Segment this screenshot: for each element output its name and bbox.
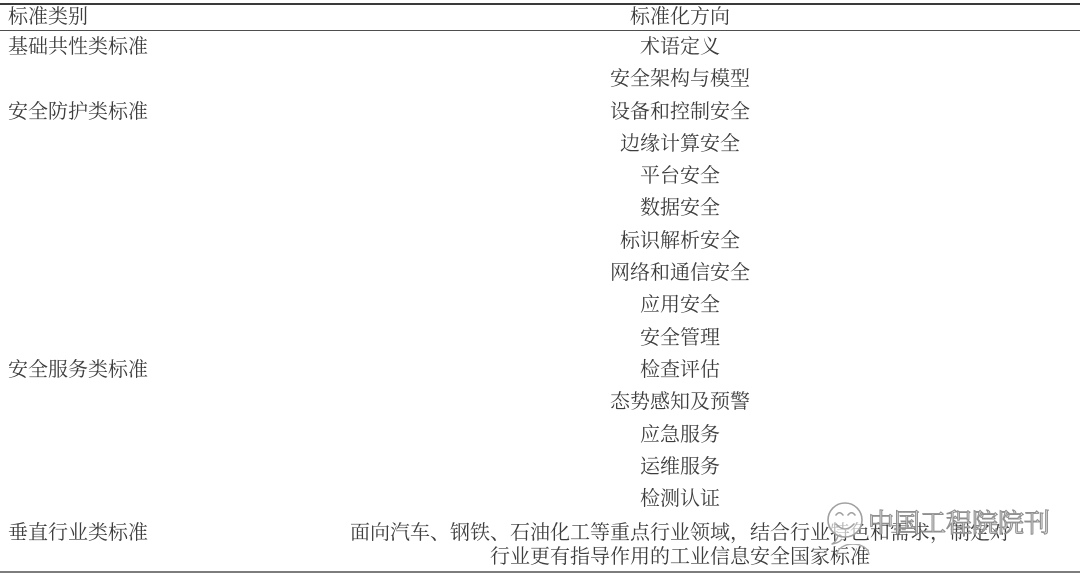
- direction-cell: 网络和通信安全: [280, 257, 1080, 289]
- column-header-direction: 标准化方向: [280, 5, 1080, 30]
- category-cell: [0, 63, 280, 95]
- direction-cell: 设备和控制安全: [280, 96, 1080, 128]
- category-cell: [0, 419, 280, 451]
- category-cell: [0, 322, 280, 354]
- table-row: 标识解析安全: [0, 225, 1080, 257]
- table-header-row: 标准类别 标准化方向: [0, 5, 1080, 31]
- direction-cell: 术语定义: [280, 31, 1080, 63]
- direction-cell: 标识解析安全: [280, 225, 1080, 257]
- direction-cell: 平台安全: [280, 160, 1080, 192]
- table-row: 安全防护类标准 设备和控制安全: [0, 96, 1080, 128]
- column-header-category: 标准类别: [0, 5, 280, 30]
- direction-cell: 边缘计算安全: [280, 128, 1080, 160]
- category-cell: 基础共性类标准: [0, 31, 280, 63]
- category-cell: 安全服务类标准: [0, 354, 280, 386]
- direction-cell: 检测认证: [280, 483, 1080, 515]
- table-row: 运维服务: [0, 451, 1080, 483]
- table-row: 安全架构与模型: [0, 63, 1080, 95]
- table-row: 垂直行业类标准 面向汽车、钢铁、石油化工等重点行业领域，结合行业特色和需求，制定…: [0, 515, 1080, 571]
- direction-cell: 应急服务: [280, 419, 1080, 451]
- journal-table-page: 标准类别 标准化方向 基础共性类标准 术语定义 安全架构与模型 安全防护类标准 …: [0, 0, 1080, 580]
- table-row: 应用安全: [0, 289, 1080, 321]
- table-row: 平台安全: [0, 160, 1080, 192]
- table-row: 基础共性类标准 术语定义: [0, 31, 1080, 63]
- category-cell: [0, 451, 280, 483]
- table-row: 数据安全: [0, 192, 1080, 224]
- direction-cell: 安全管理: [280, 322, 1080, 354]
- category-cell: [0, 289, 280, 321]
- table-row: 安全管理: [0, 322, 1080, 354]
- category-cell: [0, 225, 280, 257]
- direction-cell: 数据安全: [280, 192, 1080, 224]
- table-row: 边缘计算安全: [0, 128, 1080, 160]
- category-cell: [0, 160, 280, 192]
- table-row: 检测认证: [0, 483, 1080, 515]
- standards-table: 标准类别 标准化方向 基础共性类标准 术语定义 安全架构与模型 安全防护类标准 …: [0, 3, 1080, 573]
- category-cell: [0, 483, 280, 515]
- direction-cell: 面向汽车、钢铁、石油化工等重点行业领域，结合行业特色和需求，制定对 行业更有指导…: [280, 515, 1080, 571]
- category-cell: [0, 192, 280, 224]
- direction-cell: 检查评估: [280, 354, 1080, 386]
- category-cell: [0, 257, 280, 289]
- table-row: 网络和通信安全: [0, 257, 1080, 289]
- table-row: 应急服务: [0, 419, 1080, 451]
- direction-line-1: 面向汽车、钢铁、石油化工等重点行业领域，结合行业特色和需求，制定对: [280, 521, 1080, 545]
- direction-line-2: 行业更有指导作用的工业信息安全国家标准: [280, 545, 1080, 569]
- category-cell: [0, 386, 280, 418]
- direction-cell: 应用安全: [280, 289, 1080, 321]
- direction-cell: 运维服务: [280, 451, 1080, 483]
- direction-cell: 安全架构与模型: [280, 63, 1080, 95]
- table-row: 态势感知及预警: [0, 386, 1080, 418]
- direction-cell: 态势感知及预警: [280, 386, 1080, 418]
- category-cell: 安全防护类标准: [0, 96, 280, 128]
- table-row: 安全服务类标准 检查评估: [0, 354, 1080, 386]
- category-cell: [0, 128, 280, 160]
- category-cell: 垂直行业类标准: [0, 515, 280, 571]
